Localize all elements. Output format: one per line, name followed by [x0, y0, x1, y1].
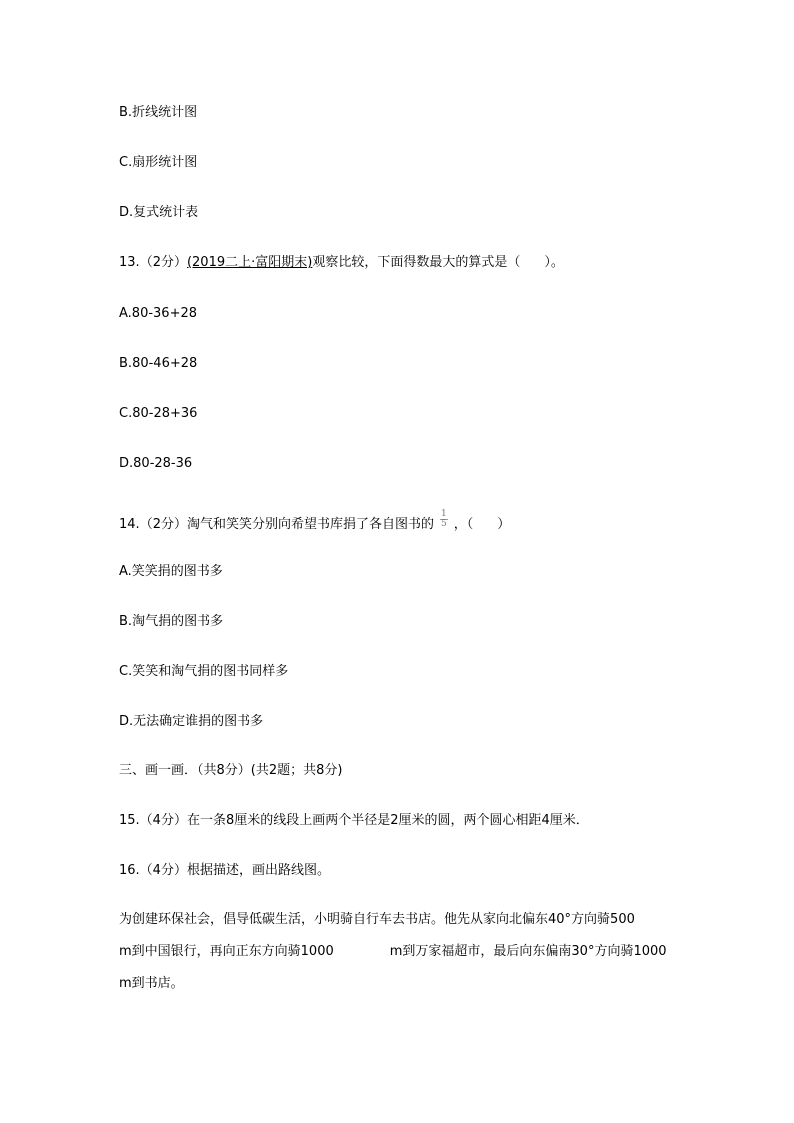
- option-text: 笑笑和淘气捐的图书同样多: [132, 664, 288, 679]
- description-text: m到万家福超市，最后向东偏南30°方向骑1000: [390, 944, 667, 959]
- q15-stem: 15.（4分）在一条8厘米的线段上画两个半径是2厘米的圆，两个圆心相距4厘米．: [119, 813, 589, 829]
- q12-option-c: C.扇形统计图: [119, 155, 197, 171]
- q13-option-b: B.80-46+28: [119, 356, 197, 372]
- q14-option-b: B.淘气捐的图书多: [119, 614, 223, 630]
- option-label: A.: [119, 306, 132, 321]
- option-text: 80-28-36: [133, 456, 192, 471]
- option-label: B.: [119, 105, 132, 120]
- question-text-end: ）。: [544, 255, 564, 270]
- q14-stem: 14.（2分）淘气和笑笑分别向希望书库捐了各自图书的15，（）: [119, 515, 510, 534]
- question-text: 观察比较，下面得数最大的算式是（: [312, 255, 520, 270]
- option-text: 淘气捐的图书多: [132, 614, 223, 629]
- question-score: （2分）: [140, 255, 187, 270]
- question-number: 14.: [119, 517, 140, 532]
- option-label: C.: [119, 155, 132, 170]
- q13-option-c: C.80-28+36: [119, 406, 197, 422]
- option-label: D.: [119, 456, 133, 471]
- option-text: 80-36+28: [132, 306, 197, 321]
- option-label: D.: [119, 205, 133, 220]
- option-text: 笑笑捐的图书多: [132, 564, 223, 579]
- q16-stem: 16.（4分）根据描述，画出路线图。: [119, 863, 330, 879]
- option-label: B.: [119, 356, 132, 371]
- option-label: C.: [119, 664, 132, 679]
- q16-description-line-3: m到书店。: [119, 976, 184, 992]
- question-close-paren: ）: [497, 517, 510, 532]
- option-label: D.: [119, 714, 133, 729]
- q14-option-d: D.无法确定谁捐的图书多: [119, 714, 263, 730]
- option-text: 扇形统计图: [132, 155, 197, 170]
- q16-description-line-2: m到中国银行，再向正东方向骑1000m到万家福超市，最后向东偏南30°方向骑10…: [119, 944, 667, 960]
- option-text: 折线统计图: [132, 105, 197, 120]
- q13-stem: 13.（2分）(2019二上·富阳期末)观察比较，下面得数最大的算式是（）。: [119, 255, 564, 271]
- option-label: B.: [119, 614, 132, 629]
- option-label: C.: [119, 406, 132, 421]
- option-label: A.: [119, 564, 132, 579]
- q13-option-a: A.80-36+28: [119, 306, 197, 322]
- q14-option-a: A.笑笑捐的图书多: [119, 564, 223, 580]
- q16-description-line-1: 为创建环保社会，倡导低碳生活，小明骑自行车去书店。他先从家向北偏东40°方向骑5…: [119, 912, 635, 928]
- question-text-end: ，（: [454, 517, 474, 532]
- q12-option-d: D.复式统计表: [119, 205, 198, 221]
- option-text: 无法确定谁捐的图书多: [133, 714, 263, 729]
- option-text: 80-46+28: [132, 356, 197, 371]
- section-3-heading: 三、画一画．（共8分）(共2题；共8分): [119, 763, 342, 779]
- q13-option-d: D.80-28-36: [119, 456, 192, 472]
- fraction-image: 15: [440, 510, 448, 529]
- question-source-link[interactable]: (2019二上·富阳期末): [187, 255, 312, 270]
- option-text: 复式统计表: [133, 205, 198, 220]
- fraction-denominator: 5: [440, 520, 448, 529]
- question-number: 13.: [119, 255, 140, 270]
- q12-option-b: B.折线统计图: [119, 105, 197, 121]
- option-text: 80-28+36: [132, 406, 197, 421]
- question-text: 淘气和笑笑分别向希望书库捐了各自图书的: [187, 517, 434, 532]
- question-score: （2分）: [140, 517, 187, 532]
- q14-option-c: C.笑笑和淘气捐的图书同样多: [119, 664, 288, 680]
- description-text: m到中国银行，再向正东方向骑1000: [119, 944, 334, 959]
